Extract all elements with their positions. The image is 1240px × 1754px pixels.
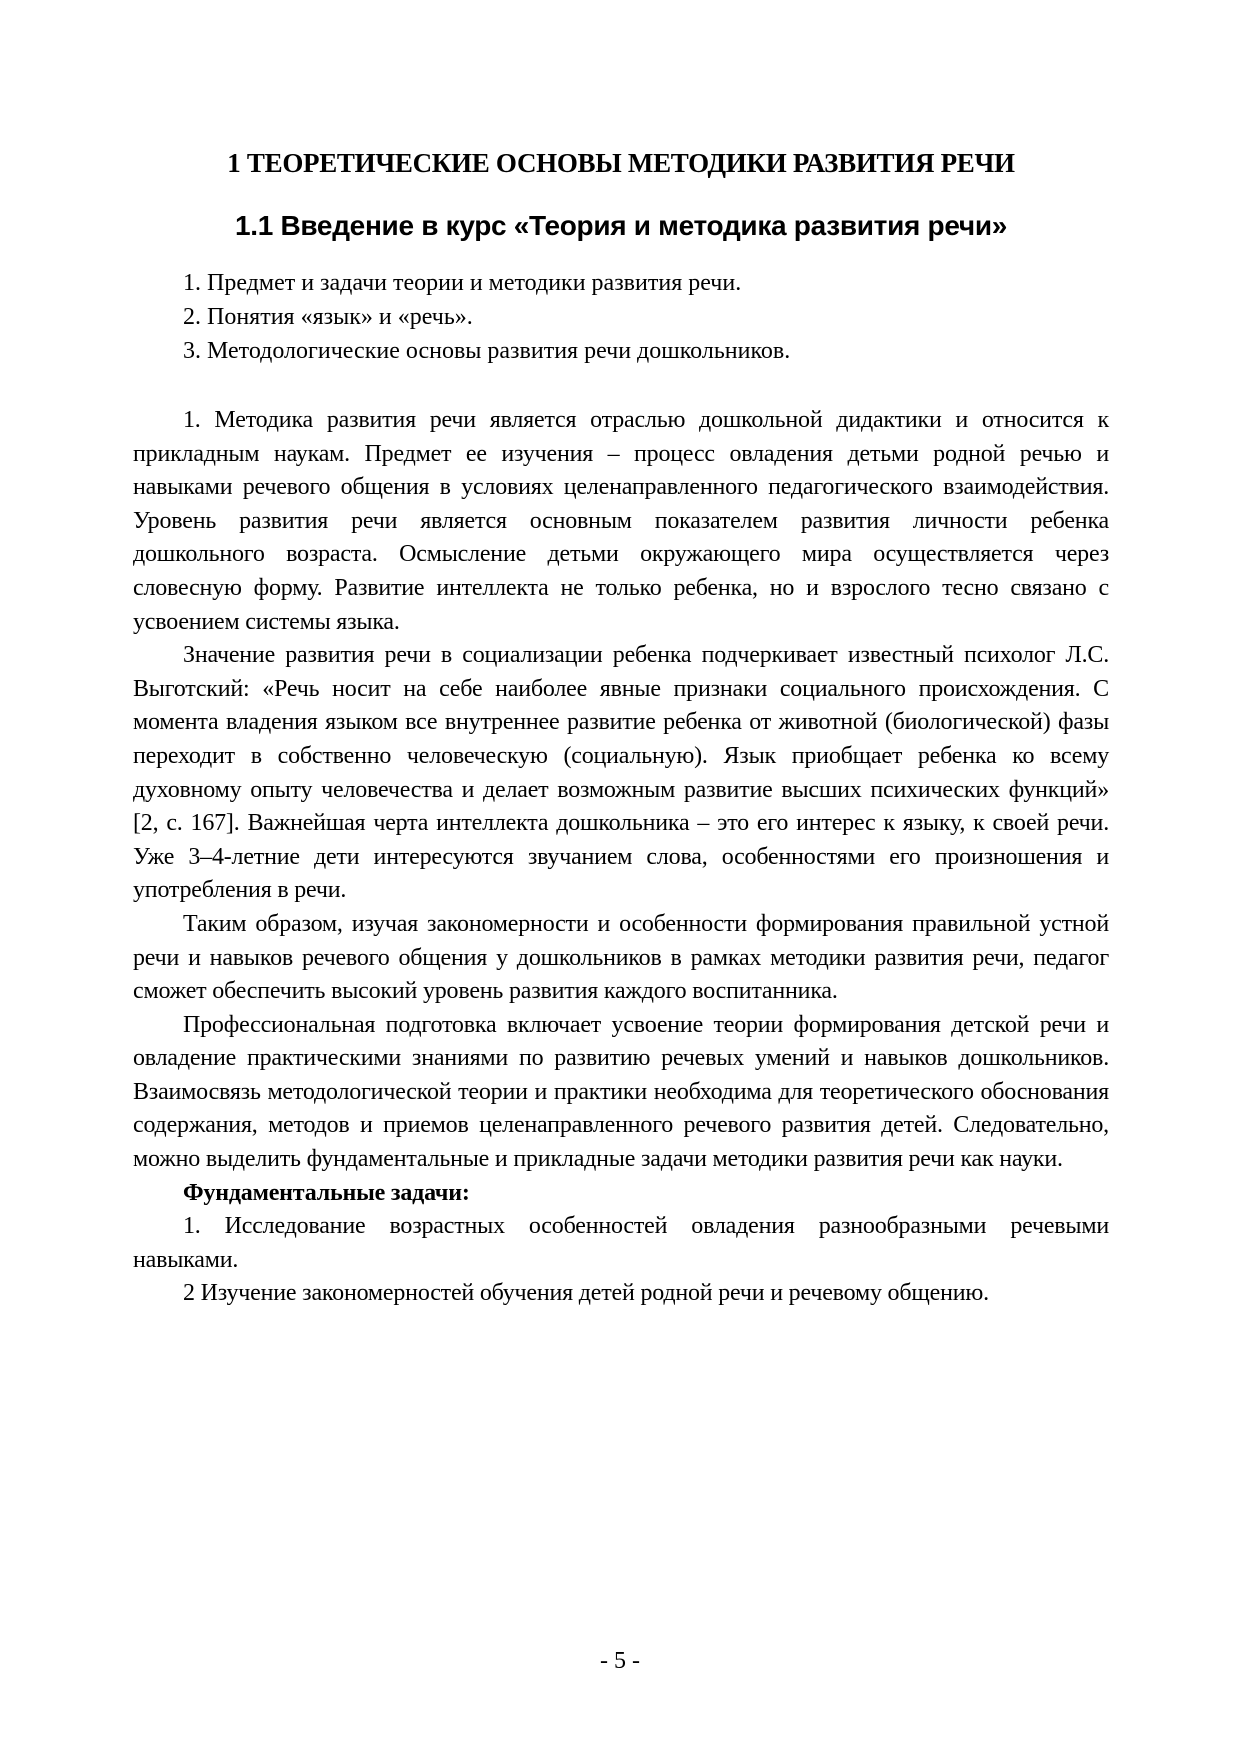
text-column: 1 ТЕОРЕТИЧЕСКИЕ ОСНОВЫ МЕТОДИКИ РАЗВИТИЯ… <box>0 0 1240 1311</box>
paragraph-4: Профессиональная подготовка включает усв… <box>133 1009 1109 1177</box>
task-item-1: 1. Исследование возрастных особенностей … <box>133 1210 1109 1277</box>
lecture-outline: 1. Предмет и задачи теории и методики ра… <box>133 266 1109 368</box>
chapter-heading: 1 ТЕОРЕТИЧЕСКИЕ ОСНОВЫ МЕТОДИКИ РАЗВИТИЯ… <box>133 146 1109 180</box>
document-page: 1 ТЕОРЕТИЧЕСКИЕ ОСНОВЫ МЕТОДИКИ РАЗВИТИЯ… <box>0 0 1240 1754</box>
outline-item-1: 1. Предмет и задачи теории и методики ра… <box>133 266 1109 300</box>
paragraph-1: 1. Методика развития речи является отрас… <box>133 404 1109 639</box>
outline-item-2: 2. Понятия «язык» и «речь». <box>133 300 1109 334</box>
task-item-2: 2 Изучение закономерностей обучения дете… <box>133 1277 1109 1311</box>
paragraph-3: Таким образом, изучая закономерности и о… <box>133 908 1109 1009</box>
tasks-heading: Фундаментальные задачи: <box>133 1177 1109 1211</box>
body-text: 1. Методика развития речи является отрас… <box>133 404 1109 1311</box>
section-heading: 1.1 Введение в курс «Теория и методика р… <box>133 208 1109 244</box>
outline-item-3: 3. Методологические основы развития речи… <box>133 334 1109 368</box>
paragraph-2: Значение развития речи в социализации ре… <box>133 639 1109 908</box>
page-number: - 5 - <box>0 1646 1240 1676</box>
